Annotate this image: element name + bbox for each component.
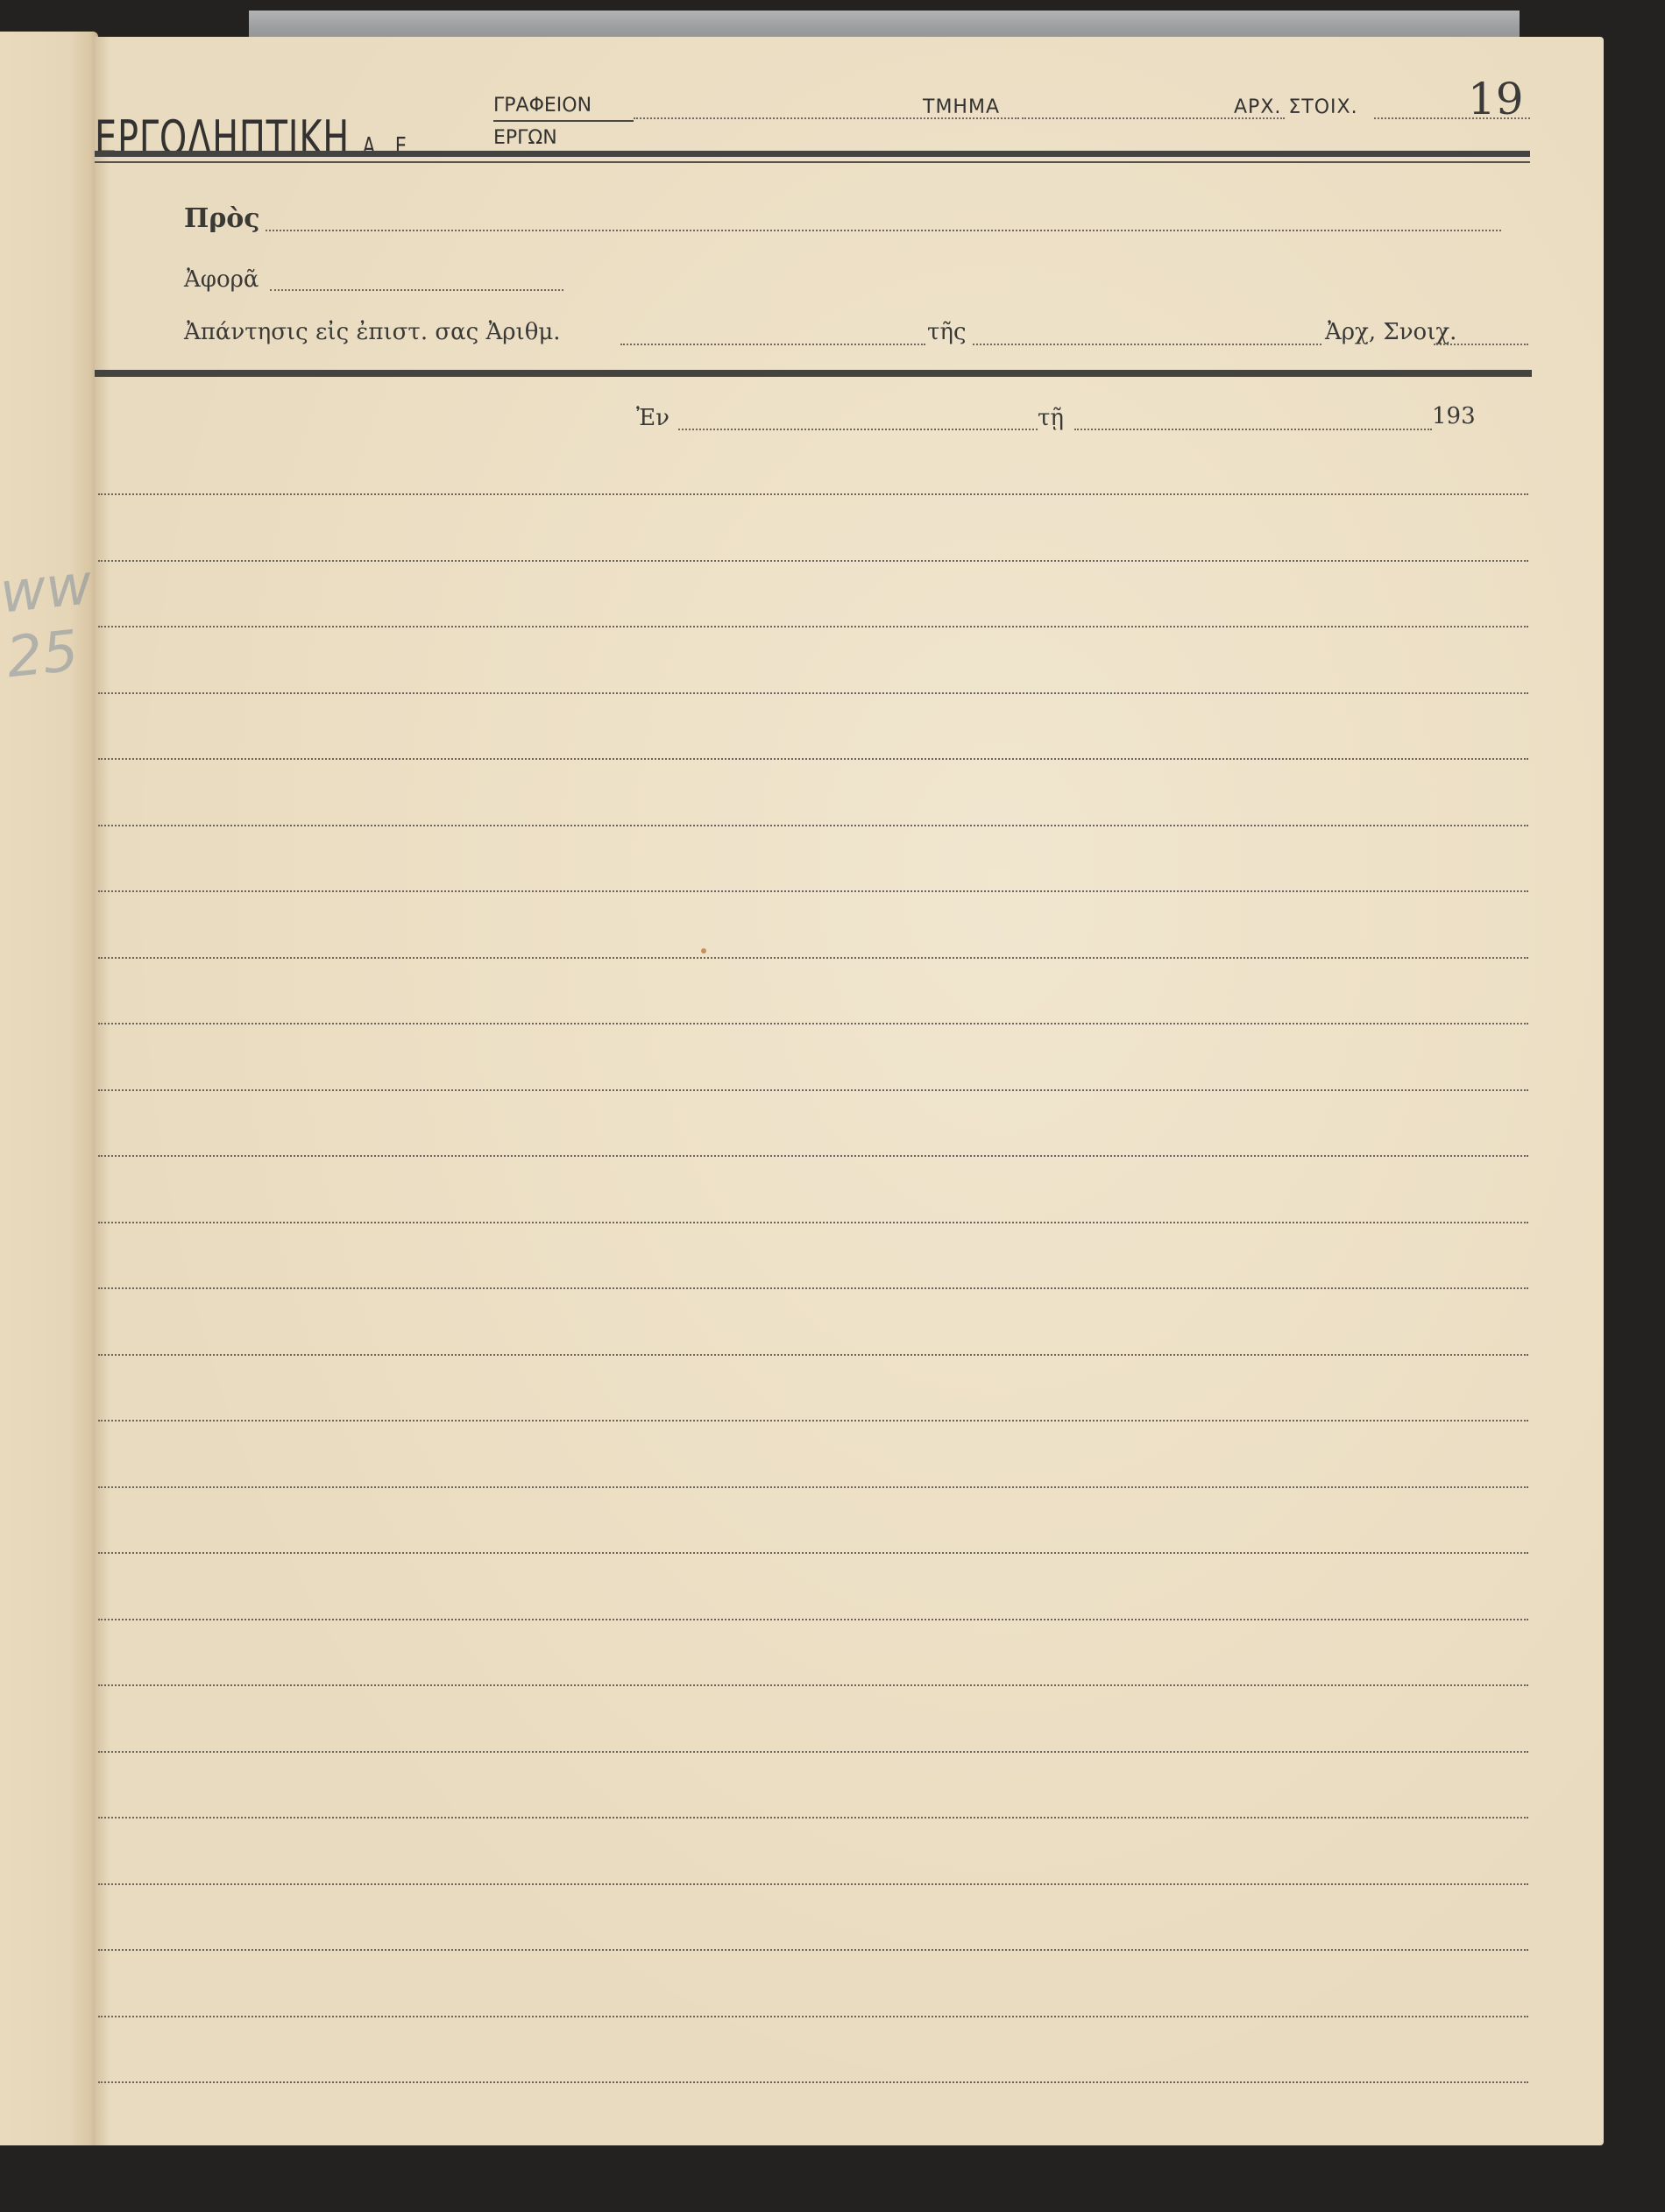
company-name: ΕΡΓΟΛΗΠΤΙΚΗΑ. Ε.: [95, 110, 418, 166]
office-label-line1: ΓΡΑΦΕΙΟΝ: [493, 95, 634, 122]
ruled-line[interactable]: [98, 692, 1528, 694]
ruled-line[interactable]: [98, 2081, 1528, 2083]
archive-element-label: Ἀρχ, Σνοιχ.: [1325, 319, 1456, 345]
of-label: τῆς: [927, 319, 967, 345]
archival-tape: [249, 11, 1520, 37]
ruled-line[interactable]: [98, 1486, 1528, 1488]
form-rule-thick: [95, 370, 1532, 377]
ruled-line[interactable]: [98, 1817, 1528, 1819]
office-label: ΓΡΑΦΕΙΟΝ ΕΡΓΩΝ: [493, 95, 634, 149]
ruled-line[interactable]: [98, 493, 1528, 495]
header-rule-thick: [95, 151, 1530, 157]
ruled-line[interactable]: [98, 1684, 1528, 1686]
ruled-line[interactable]: [98, 890, 1528, 892]
ruled-line[interactable]: [98, 1354, 1528, 1356]
date-field[interactable]: [1074, 429, 1432, 430]
ruled-line[interactable]: [98, 2016, 1528, 2017]
previous-page-edge: ww 25: [0, 32, 98, 2145]
ruled-line[interactable]: [98, 1420, 1528, 1421]
ruled-line[interactable]: [98, 1287, 1528, 1289]
letter-form-page: ΕΡΓΟΛΗΠΤΙΚΗΑ. Ε. ΓΡΑΦΕΙΟΝ ΕΡΓΩΝ ΤΜΗΜΑ ΑΡ…: [95, 37, 1604, 2145]
reply-date-field[interactable]: [973, 344, 1321, 345]
reply-label: Ἀπάντησις εἰς ἐπιστ. σας Ἀριθμ.: [184, 319, 561, 345]
ruled-line[interactable]: [98, 1089, 1528, 1091]
ruled-line[interactable]: [98, 560, 1528, 562]
place-field[interactable]: [678, 429, 1038, 430]
office-label-line2: ΕΡΓΩΝ: [493, 127, 634, 149]
ruled-line[interactable]: [98, 1023, 1528, 1024]
archive-element-field[interactable]: [1434, 344, 1528, 345]
ruled-line[interactable]: [98, 1751, 1528, 1753]
ruled-line[interactable]: [98, 1155, 1528, 1157]
ruled-line[interactable]: [98, 1949, 1528, 1951]
paper-stain: [701, 948, 706, 954]
ruled-line[interactable]: [98, 1222, 1528, 1223]
archive-label: ΑΡΧ. ΣΤΟΙΧ.: [1234, 96, 1358, 118]
date-label: τῇ: [1038, 405, 1064, 431]
page-number: 19: [1468, 74, 1524, 124]
margin-handwriting: ww 25: [0, 554, 89, 691]
ruled-line[interactable]: [98, 957, 1528, 959]
reply-number-field[interactable]: [620, 344, 925, 345]
ruled-line[interactable]: [98, 825, 1528, 826]
to-label: Πρὸς: [184, 203, 260, 234]
place-label: Ἐν: [636, 405, 670, 431]
ruled-line[interactable]: [98, 1619, 1528, 1620]
subject-label: Ἀφορᾶ: [184, 266, 259, 293]
year-prefix: 193: [1432, 403, 1476, 429]
subject-field[interactable]: [270, 289, 563, 291]
header-rule-thin: [95, 161, 1530, 163]
to-field[interactable]: [266, 230, 1501, 231]
ruled-line[interactable]: [98, 1552, 1528, 1554]
ruled-line[interactable]: [98, 758, 1528, 760]
ruled-line[interactable]: [98, 1883, 1528, 1885]
department-label: ΤΜΗΜΑ: [923, 96, 1000, 118]
ruled-line[interactable]: [98, 626, 1528, 627]
company-name-text: ΕΡΓΟΛΗΠΤΙΚΗ: [95, 110, 350, 166]
